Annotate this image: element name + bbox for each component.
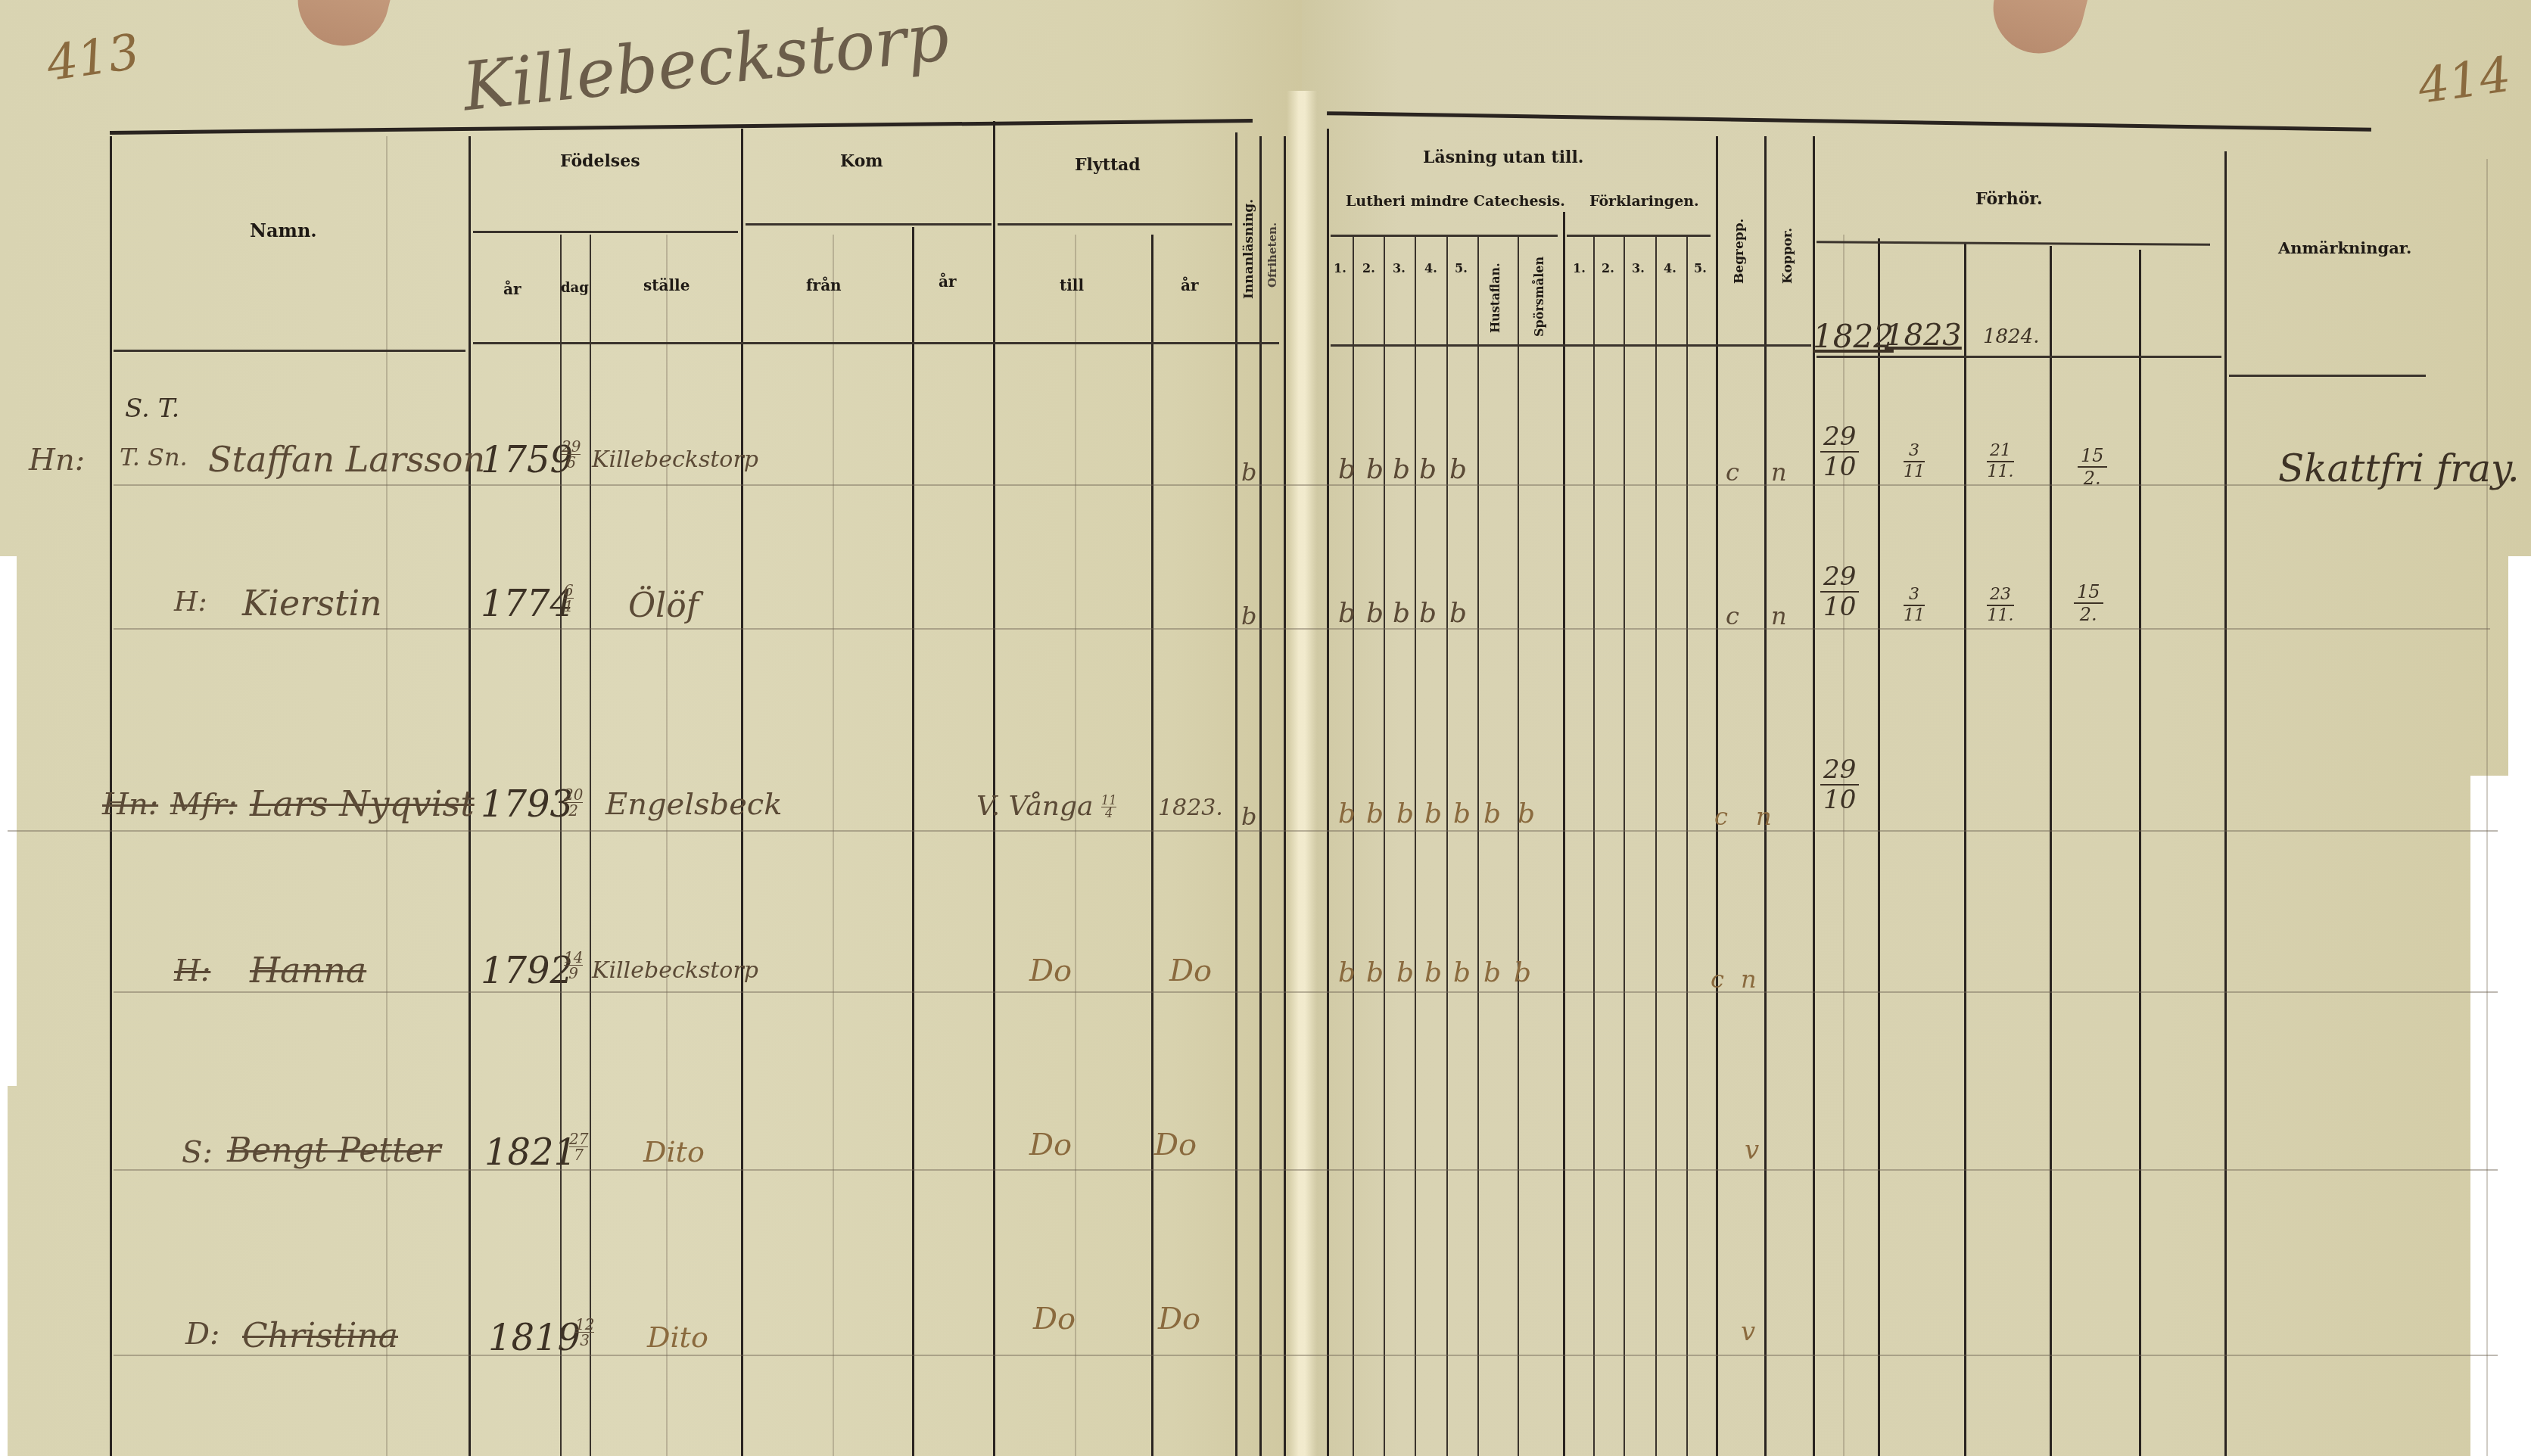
rule <box>1964 242 1966 1456</box>
lutheri-4: b <box>1424 798 1442 829</box>
faint-rule <box>1075 235 1076 1456</box>
innanlasning-mark: b <box>1241 802 1256 831</box>
lutheri-2: b <box>1366 598 1384 629</box>
rule <box>2139 250 2141 1456</box>
birth-day: 277 <box>569 1131 588 1162</box>
lutheri-4: b <box>1419 454 1437 485</box>
header-bottom-rule <box>114 350 465 352</box>
person-title: H: <box>174 954 210 988</box>
rule <box>998 223 1232 226</box>
lutheri-1: b <box>1338 798 1356 829</box>
person-name: Bengt Petter <box>227 1131 441 1170</box>
lutheri-2: b <box>1366 454 1384 485</box>
register-spread: 413 414 Killebeckstorp <box>0 0 2531 1456</box>
header-bottom-rule <box>2229 375 2426 377</box>
hustaflan-mark: b <box>1483 957 1501 988</box>
lutheri-4: b <box>1419 598 1437 629</box>
birth-place: Killebeckstorp <box>592 957 758 984</box>
rule <box>993 121 995 1456</box>
scan-edge-left <box>0 556 17 1086</box>
birth-day: 123 <box>575 1317 594 1348</box>
forhor-date-4: 152. <box>2078 446 2107 487</box>
person-title: Mfr: <box>170 787 237 822</box>
forhor-date-4: 152. <box>2074 583 2103 624</box>
lutheri-5: b <box>1453 798 1471 829</box>
rule <box>473 231 738 233</box>
koppor-mark: v <box>1741 1317 1755 1347</box>
birth-year: 1792 <box>481 950 573 992</box>
rule <box>912 227 914 1456</box>
rule <box>1384 235 1385 1456</box>
row-guideline <box>114 1169 2498 1171</box>
rule <box>1567 235 1711 237</box>
header-begrepp: Begrepp. <box>1732 218 1747 284</box>
birth-place: Dito <box>643 1135 705 1168</box>
birth-year: 1821 <box>484 1131 577 1174</box>
rule <box>1235 132 1237 1456</box>
rule <box>746 223 992 226</box>
rule <box>1624 235 1625 1456</box>
header-forklaringen-1: 1. <box>1573 261 1586 275</box>
koppor-mark: n <box>1771 458 1787 487</box>
begrepp-mark: c <box>1714 802 1728 831</box>
person-title: T. Sn. <box>120 443 188 471</box>
moved-day: 114 <box>1101 795 1116 820</box>
header-sporsmalen: Spörsmålen <box>1532 257 1546 337</box>
faint-rule <box>833 235 834 1456</box>
margin-mark: Hn: <box>102 787 158 822</box>
birth-place: Ölöf <box>628 586 699 625</box>
header-fodelses-ar: år <box>503 280 521 298</box>
person-title: H: <box>174 586 207 618</box>
rule <box>1477 235 1479 1456</box>
sporsmalen-mark: b <box>1518 798 1535 829</box>
rule <box>1686 235 1688 1456</box>
person-name: Christina <box>242 1317 398 1355</box>
header-lutheri-5: 5. <box>1455 261 1468 275</box>
faint-rule <box>666 235 668 1456</box>
person-name: Lars Nyqvist <box>250 783 475 824</box>
header-flyttad-till: till <box>1060 276 1084 294</box>
scan-edge-right <box>2508 556 2531 776</box>
lutheri-5: b <box>1449 598 1467 629</box>
header-lutheri-4: 4. <box>1424 261 1437 275</box>
lutheri-1: b <box>1338 454 1356 485</box>
rule <box>1415 235 1416 1456</box>
rule <box>1878 238 1880 1456</box>
rule <box>2050 246 2052 1456</box>
moved-year: 1823. <box>1158 795 1223 821</box>
rule <box>1563 212 1565 1456</box>
birth-day: 202 <box>564 787 583 818</box>
header-forklaringen-2: 2. <box>1602 261 1614 275</box>
birth-place: Engelsbeck <box>606 787 782 822</box>
innanlasning-mark: b <box>1241 458 1256 487</box>
rule <box>1716 136 1718 1456</box>
header-fodelses: Födelses <box>560 151 640 171</box>
row-guideline <box>114 484 2490 486</box>
birth-day: 61 <box>564 583 574 614</box>
rule <box>1593 235 1595 1456</box>
book-gutter <box>1287 91 1317 1456</box>
row-guideline <box>114 1355 2498 1356</box>
header-lutheri: Lutheri mindre Catechesis. <box>1346 193 1565 210</box>
header-flyttad: Flyttad <box>1075 155 1141 175</box>
row-guideline <box>114 991 2498 993</box>
lutheri-1: b <box>1338 598 1356 629</box>
faint-rule <box>2486 159 2488 1456</box>
begrepp-mark: c <box>1726 602 1739 630</box>
lutheri-3: b <box>1396 957 1414 988</box>
person-name: Hanna <box>250 950 366 991</box>
birth-year: 1774 <box>481 583 573 625</box>
birth-place: Killebeckstorp <box>592 446 758 473</box>
lutheri-5: b <box>1449 454 1467 485</box>
forhor-date-1823: 311 <box>1904 443 1925 481</box>
begrepp-mark: c <box>1711 965 1724 994</box>
header-fodelses-stalle: ställe <box>643 276 690 294</box>
forhor-date-1822: 2910 <box>1820 757 1859 813</box>
header-koppor: Koppor. <box>1780 228 1795 284</box>
forhor-year-1823: 1823 <box>1885 318 1962 353</box>
forhor-date-1824: 2311. <box>1987 586 2014 624</box>
begrepp-mark: c <box>1726 458 1739 487</box>
rule <box>1259 136 1262 1456</box>
header-flyttad-ar: år <box>1181 276 1199 294</box>
rule <box>1327 129 1329 1456</box>
header-lutheri-1: 1. <box>1334 261 1346 275</box>
lutheri-1: b <box>1338 957 1356 988</box>
header-fodelses-dag: dag <box>561 280 589 296</box>
header-bottom-rule <box>1331 344 1811 347</box>
header-forklaringen-5: 5. <box>1694 261 1707 275</box>
forhor-year-1824: 1824. <box>1983 325 2039 348</box>
rule <box>1655 235 1657 1456</box>
rule <box>1518 235 1519 1456</box>
rule <box>1446 235 1448 1456</box>
birth-year: 1759 <box>481 439 573 481</box>
header-innanlasning: Innanläsning. <box>1241 199 1256 299</box>
rule <box>1764 136 1767 1456</box>
moved-to: Do <box>1029 954 1072 988</box>
forhor-date-1824: 2111. <box>1987 443 2014 481</box>
birth-day: 149 <box>564 950 583 981</box>
birth-place: Dito <box>647 1321 708 1354</box>
birth-year: 1819 <box>488 1317 581 1359</box>
scan-edge-left-lower <box>0 1086 8 1456</box>
lutheri-4: b <box>1424 957 1442 988</box>
hustaflan-mark: b <box>1483 798 1501 829</box>
lutheri-5: b <box>1453 957 1471 988</box>
lutheri-3: b <box>1396 798 1414 829</box>
remarks: Skattfri fray. <box>2278 446 2520 490</box>
header-kom-fran: från <box>806 276 842 294</box>
sporsmalen-mark: b <box>1514 957 1531 988</box>
lutheri-3: b <box>1393 598 1410 629</box>
header-bottom-rule <box>1817 356 2221 358</box>
left-page <box>0 0 1302 1456</box>
row-guideline <box>114 628 2490 630</box>
faint-rule <box>1843 235 1845 1456</box>
innanlasning-mark: b <box>1241 602 1256 630</box>
header-lasning: Läsning utan till. <box>1423 148 1583 167</box>
forhor-date-1822: 2910 <box>1820 564 1859 620</box>
rule <box>590 235 591 1456</box>
birth-year: 1793 <box>481 783 573 826</box>
rule <box>1331 235 1558 237</box>
moved-year: Do <box>1169 954 1212 988</box>
header-kom-ar: år <box>939 272 957 291</box>
person-name: Staffan Larsson <box>208 439 485 480</box>
header-forklaringen-4: 4. <box>1664 261 1676 275</box>
person-title: S: <box>182 1135 213 1170</box>
moved-year: Do <box>1154 1128 1197 1162</box>
birth-day: 296 <box>562 439 581 470</box>
header-namn: Namn. <box>250 219 317 241</box>
header-bottom-rule <box>473 342 1279 344</box>
lutheri-2: b <box>1366 798 1384 829</box>
header-forklaringen-3: 3. <box>1632 261 1645 275</box>
rule <box>2224 151 2227 1456</box>
koppor-mark: n <box>1741 965 1757 994</box>
header-lutheri-2: 2. <box>1362 261 1375 275</box>
rule <box>1284 136 1286 1456</box>
margin-mark: Hn: <box>29 443 85 478</box>
moved-year: Do <box>1158 1302 1200 1336</box>
koppor-mark: v <box>1745 1135 1759 1165</box>
header-kom: Kom <box>840 151 883 171</box>
rule <box>1353 235 1354 1456</box>
person-name: Kierstin <box>242 583 382 624</box>
header-forhor: Förhör. <box>1975 189 2043 209</box>
lutheri-2: b <box>1366 957 1384 988</box>
header-anmarkningar: Anmärkningar. <box>2278 238 2411 257</box>
rule <box>560 235 562 1456</box>
header-forklaringen: Förklaringen. <box>1589 193 1699 210</box>
header-lutheri-3: 3. <box>1393 261 1406 275</box>
rule <box>1151 235 1153 1456</box>
moved-to: Do <box>1029 1128 1072 1162</box>
koppor-mark: n <box>1771 602 1787 630</box>
koppor-mark: n <box>1756 802 1772 831</box>
person-title: D: <box>185 1317 220 1352</box>
header-ofriheten: Ofriheten. <box>1265 222 1279 288</box>
forhor-date-1823: 311 <box>1904 586 1925 624</box>
moved-to: V. Vånga <box>976 791 1093 822</box>
lutheri-3: b <box>1393 454 1410 485</box>
prefix-mark: S. T. <box>125 394 179 424</box>
right-page <box>1302 0 2531 1456</box>
forhor-year-1822: 1822 <box>1813 318 1894 355</box>
moved-to: Do <box>1033 1302 1076 1336</box>
forhor-date-1822: 2910 <box>1820 424 1859 480</box>
header-hustaflan: Hustaflan. <box>1488 263 1502 333</box>
